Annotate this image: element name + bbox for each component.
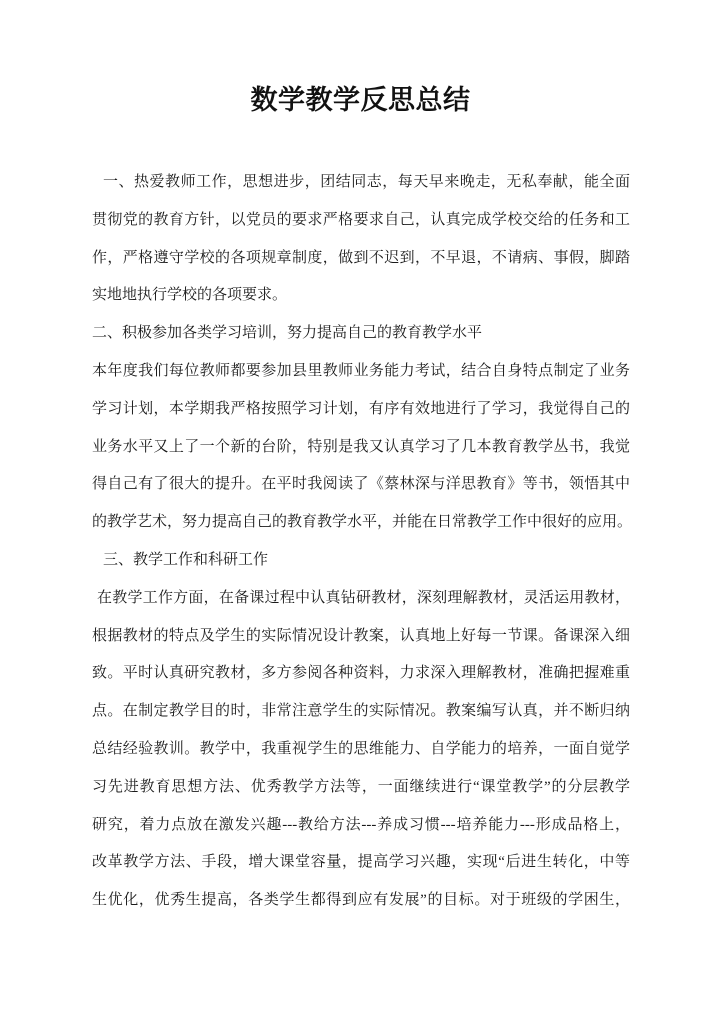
paragraph-section-1: 一、热爱教师工作，思想进步，团结同志，每天早来晚走，无私奉献，能全面贯彻党的教育… bbox=[92, 164, 630, 315]
document-title: 数学教学反思总结 bbox=[0, 82, 721, 118]
text-line: 作，严格遵守学校的各项规章制度，做到不迟到，不早退，不请病、事假，脚踏 bbox=[92, 240, 630, 278]
text-line: 学习计划，本学期我严格按照学习计划，有序有效地进行了学习，我觉得自己的 bbox=[92, 391, 630, 429]
document-body: 一、热爱教师工作，思想进步，团结同志，每天早来晚走，无私奉献，能全面贯彻党的教育… bbox=[92, 164, 630, 920]
text-line: 实地地执行学校的各项要求。 bbox=[92, 277, 630, 315]
text-line: 改革教学方法、手段，增大课堂容量，提高学习兴趣，实现“后进生转化，中等 bbox=[92, 844, 630, 882]
text-line: 得自己有了很大的提升。在平时我阅读了《蔡林深与洋思教育》等书，领悟其中 bbox=[92, 466, 630, 504]
text-line: 在教学工作方面，在备课过程中认真钻研教材，深刻理解教材，灵活运用教材， bbox=[92, 580, 630, 618]
heading-section-2: 二、积极参加各类学习培训，努力提高自己的教育教学水平 bbox=[92, 315, 630, 353]
text-line: 习先进教育思想方法、优秀教学方法等，一面继续进行“课堂教学”的分层教学 bbox=[92, 769, 630, 807]
text-line: 二、积极参加各类学习培训，努力提高自己的教育教学水平 bbox=[92, 315, 630, 353]
text-line: 的教学艺术，努力提高自己的教育教学水平，并能在日常教学工作中很好的应用。 bbox=[92, 504, 630, 542]
text-line: 总结经验教训。教学中，我重视学生的思维能力、自学能力的培养，一面自觉学 bbox=[92, 731, 630, 769]
text-line: 致。平时认真研究教材，多方参阅各种资料，力求深入理解教材，准确把握难重 bbox=[92, 655, 630, 693]
text-line: 生优化，优秀生提高，各类学生都得到应有发展”的目标。对于班级的学困生， bbox=[92, 882, 630, 920]
paragraph-section-3: 在教学工作方面，在备课过程中认真钻研教材，深刻理解教材，灵活运用教材，根据教材的… bbox=[92, 580, 630, 920]
text-line: 本年度我们每位教师都要参加县里教师业务能力考试，结合自身特点制定了业务 bbox=[92, 353, 630, 391]
document-page: 数学教学反思总结 一、热爱教师工作，思想进步，团结同志，每天早来晚走，无私奉献，… bbox=[0, 0, 721, 1020]
text-line: 贯彻党的教育方针，以党员的要求严格要求自己，认真完成学校交给的任务和工 bbox=[92, 202, 630, 240]
text-line: 根据教材的特点及学生的实际情况设计教案，认真地上好每一节课。备课深入细 bbox=[92, 618, 630, 656]
text-line: 业务水平又上了一个新的台阶，特别是我又认真学习了几本教育教学丛书，我觉 bbox=[92, 429, 630, 467]
text-line: 研究，着力点放在激发兴趣---教给方法---养成习惯---培养能力---形成品格… bbox=[92, 807, 630, 845]
heading-section-3: 三、教学工作和科研工作 bbox=[92, 542, 630, 580]
text-line: 一、热爱教师工作，思想进步，团结同志，每天早来晚走，无私奉献，能全面 bbox=[92, 164, 630, 202]
text-line: 点。在制定教学目的时，非常注意学生的实际情况。教案编写认真，并不断归纳 bbox=[92, 693, 630, 731]
text-line: 三、教学工作和科研工作 bbox=[92, 542, 630, 580]
paragraph-section-2: 本年度我们每位教师都要参加县里教师业务能力考试，结合自身特点制定了业务学习计划，… bbox=[92, 353, 630, 542]
